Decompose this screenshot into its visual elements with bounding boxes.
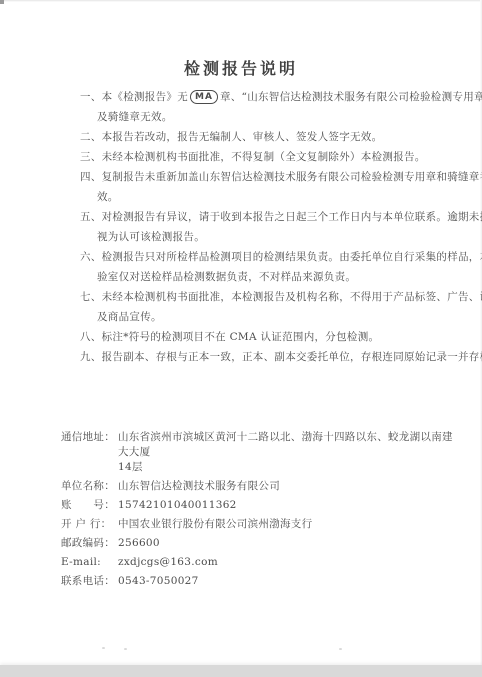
- note-text: 复制报告未重新加盖山东智信达检测技术服务有限公司检验检测专用章和骑缝章者无: [102, 171, 482, 183]
- note-text: 未经本检测机构书面批准，本检测报告及机构名称，不得用于产品标签、广告、评优: [102, 291, 482, 303]
- note-item-4: 四、复制报告未重新加盖山东智信达检测技术服务有限公司检验检测专用章和骑缝章者无 …: [80, 167, 462, 207]
- note-item-5: 五、对检测报告有异议，请于收到本报告之日起三个工作日内与本单位联系。逾期未提出，…: [80, 207, 462, 247]
- contact-label: 开 户 行：: [61, 515, 118, 534]
- note-line: 五、对检测报告有异议，请于收到本报告之日起三个工作日内与本单位联系。逾期未提出，: [80, 211, 482, 223]
- cma-stamp-icon: MA: [190, 90, 218, 104]
- contact-label: 邮政编码：: [61, 534, 118, 553]
- contact-value: zxdjcgs@163.com: [118, 553, 463, 572]
- note-line: 视为认可该检测报告。: [80, 231, 205, 243]
- contact-label: 联系电话：: [61, 572, 118, 591]
- contact-label: 账 号：: [61, 496, 118, 515]
- notes-list: 一、本《检测报告》无MA章、“山东智信达检测技术服务有限公司检验检测专用章 及骑…: [80, 87, 462, 367]
- note-line: 二、本报告若改动，报告无编制人、审核人、签发人签字无效。: [80, 131, 382, 143]
- note-line: 效。: [80, 191, 119, 203]
- scan-corner-artifact: [0, 0, 4, 4]
- note-item-8: 八、标注*符号的检测项目不在 CMA 认证范围内，分包检测。: [80, 327, 462, 347]
- contact-label: E-mail:: [61, 553, 118, 572]
- note-marker: 七、: [80, 291, 102, 303]
- contact-value: 15742101040011362: [118, 496, 463, 515]
- contact-value: 256600: [118, 534, 463, 553]
- note-item-9: 九、报告副本、存根与正本一致，正本、副本交委托单位，存根连同原始记录一并存档。: [80, 347, 462, 367]
- note-marker: 六、: [80, 251, 102, 263]
- scan-speck: [339, 648, 342, 650]
- contact-row-email: E-mail: zxdjcgs@163.com: [61, 553, 463, 572]
- note-item-7: 七、未经本检测机构书面批准，本检测报告及机构名称，不得用于产品标签、广告、评优 …: [80, 287, 462, 327]
- note-text: 未经本检测机构书面批准，不得复制（全文复制除外）本检测报告。: [102, 151, 426, 163]
- contact-value: 中国农业银行股份有限公司滨州渤海支行: [118, 515, 463, 534]
- note-item-6: 六、检测报告只对所检样品检测项目的检测结果负责。由委托单位自行采集的样品，本实 …: [80, 247, 462, 287]
- page-title: 检测报告说明: [0, 56, 482, 79]
- note-line: 六、检测报告只对所检样品检测项目的检测结果负责。由委托单位自行采集的样品，本实: [80, 251, 482, 263]
- note-text: 对检测报告有异议，请于收到本报告之日起三个工作日内与本单位联系。逾期未提出，: [102, 211, 482, 223]
- note-marker: 八、: [80, 331, 102, 343]
- note-item-1: 一、本《检测报告》无MA章、“山东智信达检测技术服务有限公司检验检测专用章 及骑…: [80, 87, 462, 127]
- note-line: 七、未经本检测机构书面批准，本检测报告及机构名称，不得用于产品标签、广告、评优: [80, 291, 482, 303]
- address-line-1: 山东省滨州市滨城区黄河十二路以北、渤海十四路以东、蛟龙湖以南建大大厦: [118, 430, 463, 460]
- contact-block: 通信地址： 山东省滨州市滨城区黄河十二路以北、渤海十四路以东、蛟龙湖以南建大大厦…: [61, 430, 463, 591]
- note-line: 九、报告副本、存根与正本一致，正本、副本交委托单位，存根连同原始记录一并存档。: [80, 351, 482, 363]
- note-text: 本《检测报告》无: [102, 91, 188, 103]
- contact-row-postcode: 邮政编码： 256600: [61, 534, 463, 553]
- contact-row-bank: 开 户 行： 中国农业银行股份有限公司滨州渤海支行: [61, 515, 463, 534]
- contact-value: 山东省滨州市滨城区黄河十二路以北、渤海十四路以东、蛟龙湖以南建大大厦 14层: [118, 430, 463, 475]
- scan-bottom-edge: [0, 665, 482, 677]
- note-marker: 四、: [80, 171, 102, 183]
- note-text: 报告副本、存根与正本一致，正本、副本交委托单位，存根连同原始记录一并存档。: [102, 351, 482, 363]
- note-line: 八、标注*符号的检测项目不在 CMA 认证范围内，分包检测。: [80, 331, 379, 343]
- note-item-2: 二、本报告若改动，报告无编制人、审核人、签发人签字无效。: [80, 127, 462, 147]
- note-line: 四、复制报告未重新加盖山东智信达检测技术服务有限公司检验检测专用章和骑缝章者无: [80, 171, 482, 183]
- contact-value: 山东智信达检测技术服务有限公司: [118, 477, 463, 496]
- note-marker: 三、: [80, 151, 102, 163]
- page-top-edge: [0, 0, 482, 2]
- note-text: 本报告若改动，报告无编制人、审核人、签发人签字无效。: [102, 131, 383, 143]
- note-line: 及骑缝章无效。: [80, 111, 173, 123]
- note-line: 验室仅对送检样品检测数据负责，不对样品来源负责。: [80, 271, 356, 283]
- note-marker: 五、: [80, 211, 102, 223]
- note-line: 一、本《检测报告》无MA章、“山东智信达检测技术服务有限公司检验检测专用章: [80, 91, 482, 103]
- contact-row-company: 单位名称： 山东智信达检测技术服务有限公司: [61, 477, 463, 496]
- scan-speck: [102, 647, 105, 649]
- contact-row-address: 通信地址： 山东省滨州市滨城区黄河十二路以北、渤海十四路以东、蛟龙湖以南建大大厦…: [61, 430, 463, 475]
- note-line: 及商品宣传。: [80, 311, 162, 323]
- contact-row-account: 账 号： 15742101040011362: [61, 496, 463, 515]
- note-marker: 一、: [80, 91, 102, 103]
- note-item-3: 三、未经本检测机构书面批准，不得复制（全文复制除外）本检测报告。: [80, 147, 462, 167]
- address-line-2: 14层: [118, 460, 463, 475]
- note-line: 三、未经本检测机构书面批准，不得复制（全文复制除外）本检测报告。: [80, 151, 426, 163]
- note-text: 标注*符号的检测项目不在 CMA 认证范围内，分包检测。: [102, 331, 380, 343]
- note-marker: 二、: [80, 131, 102, 143]
- contact-value: 0543-7050027: [118, 572, 463, 591]
- contact-label: 单位名称：: [61, 477, 118, 496]
- scanned-document-page: 检测报告说明 一、本《检测报告》无MA章、“山东智信达检测技术服务有限公司检验检…: [0, 0, 482, 677]
- contact-row-phone: 联系电话： 0543-7050027: [61, 572, 463, 591]
- note-marker: 九、: [80, 351, 102, 363]
- note-text: 检测报告只对所检样品检测项目的检测结果负责。由委托单位自行采集的样品，本实: [102, 251, 482, 263]
- contact-label: 通信地址：: [61, 430, 118, 445]
- scan-speck: [124, 648, 127, 650]
- note-text: 章、“山东智信达检测技术服务有限公司检验检测专用章: [220, 91, 482, 103]
